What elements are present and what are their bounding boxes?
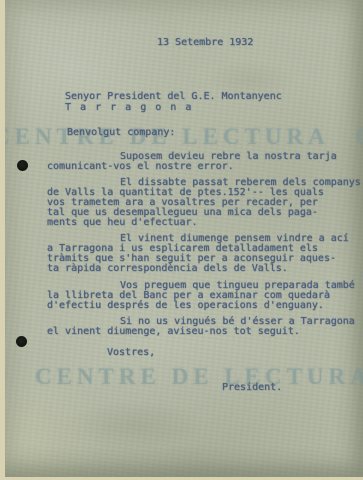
watermark-text-partial: CENTRE: [356, 124, 363, 150]
signature-title: President.: [222, 383, 282, 393]
recipient-name: Senyor President del G.E. Montanyenc: [65, 91, 282, 102]
salutation: Benvolgut company:: [67, 128, 175, 138]
letter-line: d'efectiu després de les operacions d'en…: [47, 301, 355, 311]
letterhead-watermark-bottom: CENTRE DE LECTURACENTRE: [35, 364, 363, 390]
paragraph-1: Suposem devieu rebre la nostra tarja com…: [47, 152, 337, 172]
paragraph-4: Vos preguem que tingueu preparada també …: [47, 281, 355, 311]
paragraph-2: El dissabte passat reberem dels companys…: [47, 178, 361, 228]
watermark-text: CENTRE DE LECTURA: [35, 364, 363, 389]
punch-hole-bottom: [16, 336, 27, 347]
letter-line: ments que heu d'efectuar.: [47, 218, 361, 228]
letter-line: el vinent diumenge, aviseu-nos tot segui…: [47, 327, 355, 337]
recipient-city: T a r r a g o n a: [65, 102, 282, 113]
paragraph-3: El vinent diumenge pensem vindre a ací a…: [47, 234, 349, 274]
paragraph-5: Si no us vingués bé d'ésser a Tarragona …: [47, 317, 355, 337]
letterhead-watermark-top: CENTRE DE LECTURACENTRE: [5, 124, 363, 150]
closing: Vostres,: [107, 348, 155, 358]
letter-date: 13 Setembre 1932: [157, 38, 253, 48]
scanned-letter: CENTRE DE LECTURACENTRE CENTRE DE LECTUR…: [0, 0, 363, 480]
paper-sheet: CENTRE DE LECTURACENTRE CENTRE DE LECTUR…: [5, 0, 363, 477]
punch-hole-top: [17, 160, 28, 171]
recipient-block: Senyor President del G.E. Montanyenc T a…: [65, 91, 282, 113]
paper-stain: [65, 400, 205, 450]
letter-line: ta ràpida correspondència dels de Valls.: [47, 264, 349, 274]
letter-line: comunicant-vos el nostre error.: [47, 162, 337, 172]
